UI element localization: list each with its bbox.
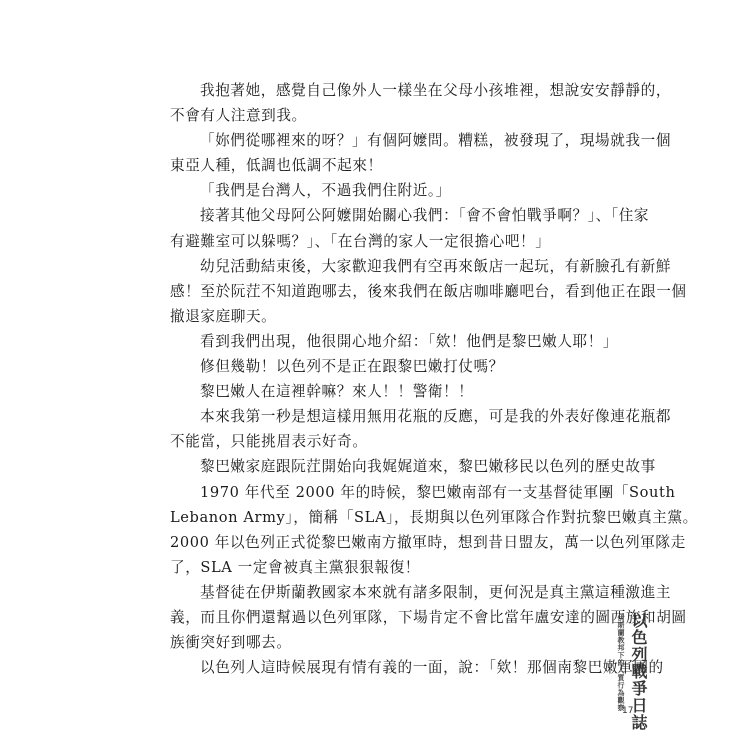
- text-line: 不會有人注意到我。: [170, 103, 582, 128]
- text-line: Lebanon Army」，簡稱「SLA」，長期與以色列軍隊合作對抗黎巴嫩真主黨…: [170, 505, 582, 530]
- text-line: 接著其他父母阿公阿嬤開始關心我們：「會不會怕戰爭啊？」、「住家: [170, 203, 582, 228]
- text-line: 不能當，只能挑眉表示好奇。: [170, 429, 582, 454]
- text-line: 義，而且你們還幫過以色列軍隊，下場肯定不會比當年盧安達的圖西族和胡圖: [170, 605, 582, 630]
- text-line: 了，SLA 一定會被真主黨狠狠報復！: [170, 555, 582, 580]
- text-line: 我抱著她，感覺自己像外人一樣坐在父母小孩堆裡，想說安安靜靜的，: [170, 78, 582, 103]
- text-line: 本來我第一秒是想這樣用無用花瓶的反應，可是我的外表好像連花瓶都: [170, 404, 582, 429]
- book-page: 我抱著她，感覺自己像外人一樣坐在父母小孩堆裡，想說安安靜靜的， 不會有人注意到我…: [0, 0, 750, 750]
- text-line: 幼兒活動結束後，大家歡迎我們有空再來飯店一起玩，有新臉孔有新鮮: [170, 254, 582, 279]
- text-line: 看到我們出現，他很開心地介紹：「欸！他們是黎巴嫩人耶！」: [170, 329, 582, 354]
- text-line: 以色列人這時候展現有情有義的一面，說：「欸！那個南黎巴嫩軍團的: [170, 655, 582, 680]
- text-line: 族衝突好到哪去。: [170, 630, 582, 655]
- text-line: 「妳們從哪裡來的呀？」有個阿嬤問。糟糕，被發現了，現場就我一個: [170, 128, 582, 153]
- text-line: 修但幾勒！以色列不是正在跟黎巴嫩打仗嗎？: [170, 354, 582, 379]
- text-line: 撤退家庭聊天。: [170, 304, 582, 329]
- text-line: 感！至於阮茳不知道跑哪去，後來我們在飯店咖啡廳吧台，看到他正在跟一個: [170, 279, 582, 304]
- text-line: 「我們是台灣人，不過我們住附近。」: [170, 178, 582, 203]
- body-text: 我抱著她，感覺自己像外人一樣坐在父母小孩堆裡，想說安安靜靜的， 不會有人注意到我…: [170, 78, 582, 680]
- text-line: 1970 年代至 2000 年的時候，黎巴嫩南部有一支基督徒軍團「South: [170, 480, 582, 505]
- text-line: 有避難室可以躲嗎？」、「在台灣的家人一定很擔心吧！」: [170, 229, 582, 254]
- text-line: 黎巴嫩家庭跟阮茳開始向我娓娓道來，黎巴嫩移民以色列的歷史故事: [170, 454, 582, 479]
- text-line: 黎巴嫩人在這裡幹嘛？來人！！警衛！！: [170, 379, 582, 404]
- text-line: 基督徒在伊斯蘭教國家本來就有諸多限制，更何況是真主黨這種激進主: [170, 580, 582, 605]
- text-line: 東亞人種，低調也低調不起來！: [170, 153, 582, 178]
- page-number: 17: [622, 706, 633, 716]
- text-line: 2000 年以色列正式從黎巴嫩南方撤軍時，想到昔日盟友，萬一以色列軍隊走: [170, 530, 582, 555]
